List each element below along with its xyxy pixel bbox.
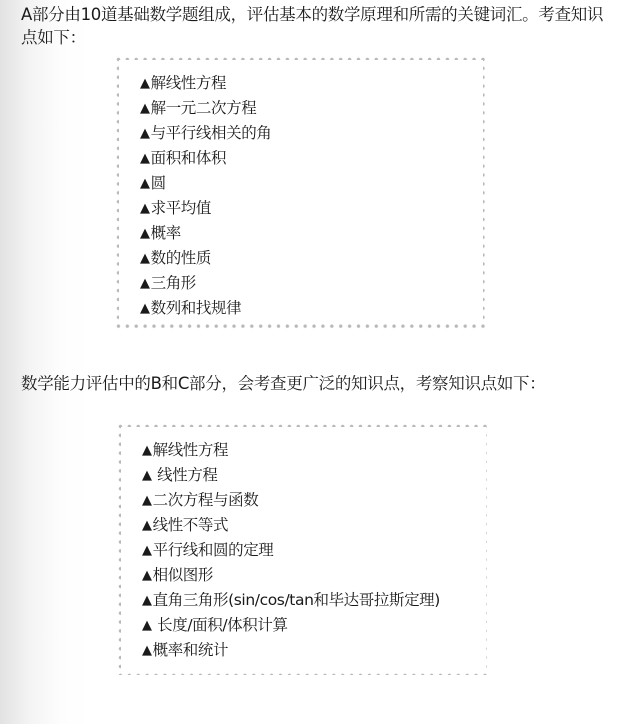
list-item: ▲直角三角形(sin/cos/tan和毕达哥拉斯定理) xyxy=(142,588,440,613)
triangle-bullet-icon: ▲ xyxy=(140,201,150,216)
list-item: ▲概率 xyxy=(140,221,271,246)
list-item: ▲二次方程与函数 xyxy=(142,488,440,513)
list-item: ▲线性不等式 xyxy=(142,513,440,538)
triangle-bullet-icon: ▲ xyxy=(140,251,150,266)
list-item: ▲数的性质 xyxy=(140,246,271,271)
section-a-intro: A部分由10道基础数学题组成，评估基本的数学原理和所需的关键词汇。考查知识点如下… xyxy=(21,3,611,49)
list-item: ▲平行线和圆的定理 xyxy=(142,538,440,563)
list-item: ▲概率和统计 xyxy=(142,638,440,663)
section-bc-intro: 数学能力评估中的B和C部分，会考查更广泛的知识点，考察知识点如下： xyxy=(21,372,611,395)
triangle-bullet-icon: ▲ xyxy=(140,276,150,291)
list-item: ▲ 长度/面积/体积计算 xyxy=(142,613,440,638)
triangle-bullet-icon: ▲ xyxy=(140,101,150,116)
triangle-bullet-icon: ▲ xyxy=(142,568,152,583)
triangle-bullet-icon: ▲ xyxy=(142,643,152,658)
triangle-bullet-icon: ▲ xyxy=(140,126,150,141)
list-item: ▲面积和体积 xyxy=(140,146,271,171)
triangle-bullet-icon: ▲ xyxy=(142,618,152,633)
list-item: ▲ 线性方程 xyxy=(142,463,440,488)
triangle-bullet-icon: ▲ xyxy=(142,443,152,458)
section-bc-topic-list: ▲解线性方程 ▲ 线性方程 ▲二次方程与函数 ▲线性不等式 ▲平行线和圆的定理 … xyxy=(142,438,440,663)
list-item: ▲求平均值 xyxy=(140,196,271,221)
list-item: ▲数列和找规律 xyxy=(140,296,271,321)
triangle-bullet-icon: ▲ xyxy=(140,76,150,91)
list-item: ▲与平行线相关的角 xyxy=(140,121,271,146)
section-a-topics-box: ▲解线性方程 ▲解一元二次方程 ▲与平行线相关的角 ▲面积和体积 ▲圆 ▲求平均… xyxy=(114,55,488,329)
triangle-bullet-icon: ▲ xyxy=(142,493,152,508)
triangle-bullet-icon: ▲ xyxy=(140,301,150,316)
triangle-bullet-icon: ▲ xyxy=(140,151,150,166)
triangle-bullet-icon: ▲ xyxy=(142,593,152,608)
triangle-bullet-icon: ▲ xyxy=(142,468,152,483)
triangle-bullet-icon: ▲ xyxy=(142,543,152,558)
list-item: ▲解线性方程 xyxy=(142,438,440,463)
triangle-bullet-icon: ▲ xyxy=(142,518,152,533)
list-item: ▲解线性方程 xyxy=(140,71,271,96)
list-item: ▲三角形 xyxy=(140,271,271,296)
list-item: ▲圆 xyxy=(140,171,271,196)
section-bc-topics-box: ▲解线性方程 ▲ 线性方程 ▲二次方程与函数 ▲线性不等式 ▲平行线和圆的定理 … xyxy=(116,422,491,675)
section-a-topic-list: ▲解线性方程 ▲解一元二次方程 ▲与平行线相关的角 ▲面积和体积 ▲圆 ▲求平均… xyxy=(140,71,271,321)
triangle-bullet-icon: ▲ xyxy=(140,176,150,191)
list-item: ▲解一元二次方程 xyxy=(140,96,271,121)
triangle-bullet-icon: ▲ xyxy=(140,226,150,241)
list-item: ▲相似图形 xyxy=(142,563,440,588)
